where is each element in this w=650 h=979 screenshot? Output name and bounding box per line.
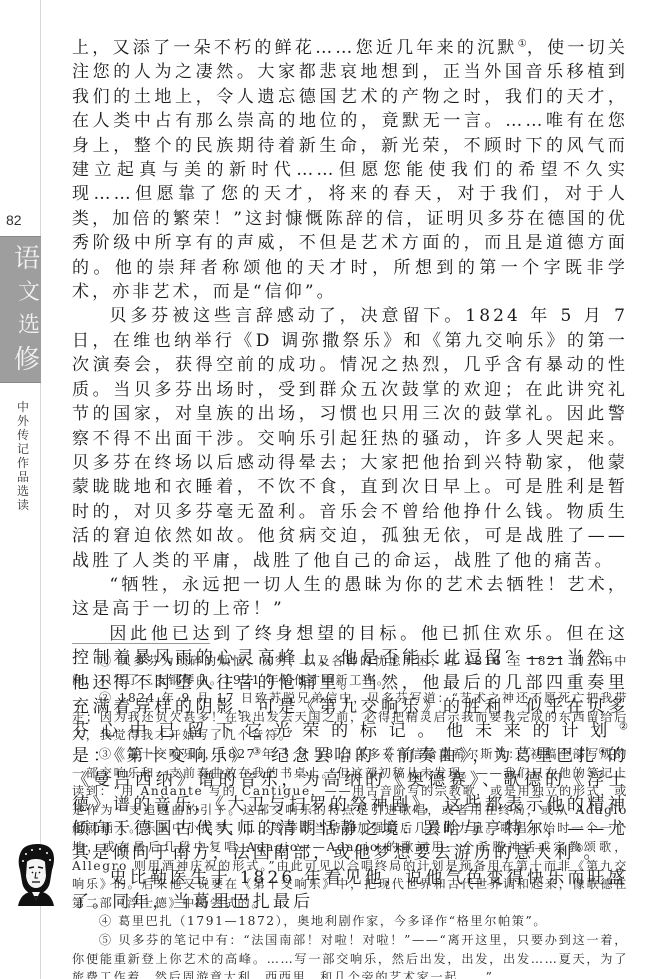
quote-paragraph: “牺牲，永远把一切人生的愚昧为你的艺术去牺牲！艺术，这是高于一切的上帝！” [72,573,628,622]
page-number: 82 [6,212,22,228]
series-char: 选 [18,315,41,337]
series-char: 修 [14,347,41,373]
margin-rule [40,0,41,236]
footnote: ⑤ 贝多芬的笔记中有：“法国南部！对啦！对啦！”——“离开这里，只要办到这一着，… [72,931,628,979]
series-char: 语 [14,246,41,272]
footnote: ① 贝多芬为琐碎的烦恼、贫穷，以及各种的忧虑所困，在 1816 至 1821 的… [72,652,628,689]
footnote: ④ 葛里巴扎（1791—1872），奥地利剧作家，今多译作“格里尔帕策”。 [72,912,628,931]
paragraph: 上，又添了一朵不朽的鲜花……您近几年来的沉默①，使一切关注您的人为之凄然。大家都… [72,36,628,304]
footnote: ③《第十交响乐》，1827 年 3 月 18 日贝多芬写信给莫希尔斯说：“初稿全… [72,745,628,912]
footnotes: ① 贝多芬为琐碎的烦恼、贫穷，以及各种的忧虑所困，在 1816 至 1821 的… [72,652,628,979]
footnote-separator [72,643,210,644]
series-label-block: 语 文 选 修 [0,236,41,383]
paragraph: 贝多芬被这些言辞感动了，决意留下。1824 年 5 月 7 日，在维也纳举行《D… [72,304,628,572]
beethoven-portrait-icon [12,842,60,906]
series-char: 文 [18,282,41,304]
footnote: ② 1824 年 9 月 17 日致苏脱兄弟信中，贝多芬写道：“艺术之神还不愿死… [72,689,628,745]
book-title-vertical: 中外传记作品选读 [16,400,30,512]
footnote-ref[interactable]: ① [518,38,527,49]
